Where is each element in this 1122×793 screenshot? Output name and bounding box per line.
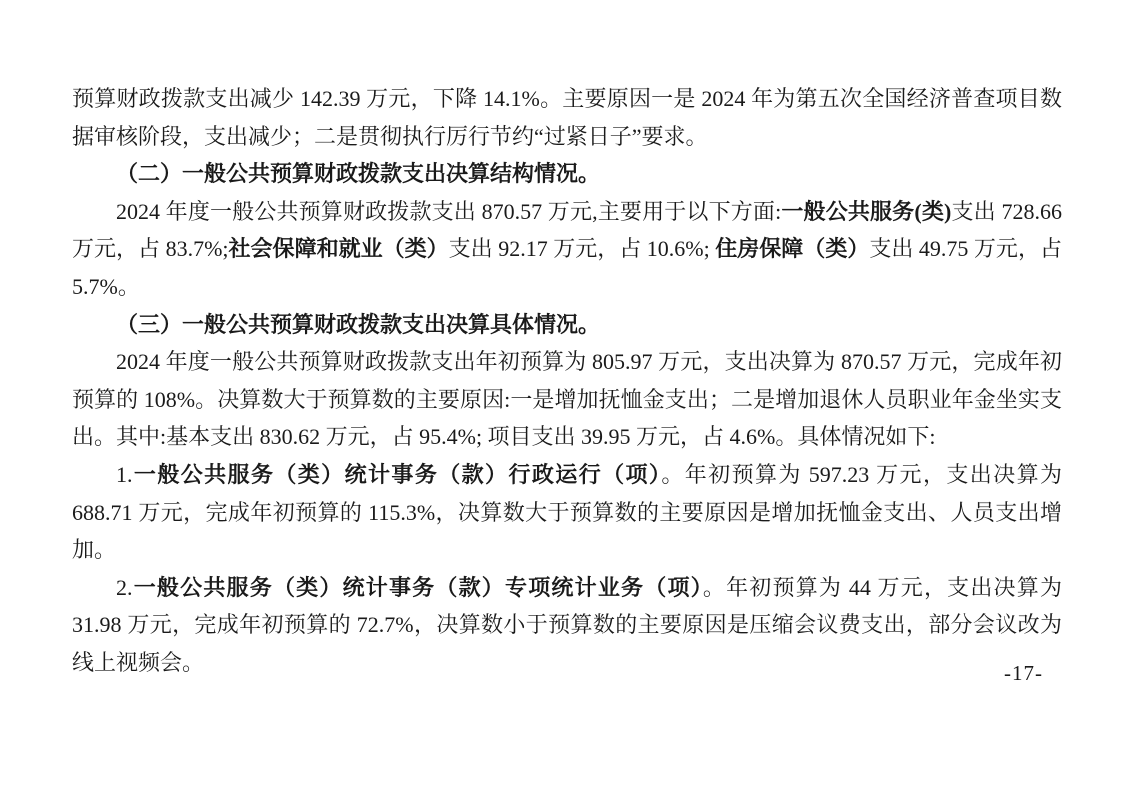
document-page: 预算财政拨款支出减少 142.39 万元，下降 14.1%。主要原因一是 202… [0,0,1122,793]
paragraph-item-1: 1.一般公共服务（类）统计事务（款）行政运行（项）。年初预算为 597.23 万… [72,456,1062,569]
section-heading-text: （二）一般公共预算财政拨款支出决算结构情况。 [116,161,600,186]
body-text: 支出 92.17 万元，占 10.6%; [449,236,716,261]
section-heading-3: （三）一般公共预算财政拨款支出决算具体情况。 [72,306,1062,344]
document-body: 预算财政拨款支出减少 142.39 万元，下降 14.1%。主要原因一是 202… [72,80,1062,682]
page-number: -17- [1004,660,1043,686]
category-name: 社会保障和就业（类） [229,236,449,261]
body-text: 预算财政拨款支出减少 142.39 万元，下降 14.1%。主要原因一是 202… [72,86,1062,149]
category-name: 住房保障（类） [715,236,869,261]
body-text: 2024 年度一般公共预算财政拨款支出 870.57 万元,主要用于以下方面: [116,199,781,224]
paragraph-detail-overview: 2024 年度一般公共预算财政拨款支出年初预算为 805.97 万元，支出决算为… [72,343,1062,456]
list-number: 1. [116,462,133,487]
section-heading-text: （三）一般公共预算财政拨款支出决算具体情况。 [116,312,600,337]
body-text: 2024 年度一般公共预算财政拨款支出年初预算为 805.97 万元，支出决算为… [72,349,1062,449]
budget-item-title: 一般公共服务（类）统计事务（款）专项统计业务（项） [133,575,703,600]
list-number: 2. [116,575,133,600]
paragraph-item-2: 2.一般公共服务（类）统计事务（款）专项统计业务（项）。年初预算为 44 万元，… [72,569,1062,682]
paragraph-structure: 2024 年度一般公共预算财政拨款支出 870.57 万元,主要用于以下方面:一… [72,193,1062,306]
budget-item-title: 一般公共服务（类）统计事务（款）行政运行（项） [133,462,662,487]
section-heading-2: （二）一般公共预算财政拨款支出决算结构情况。 [72,155,1062,193]
paragraph-continuation: 预算财政拨款支出减少 142.39 万元，下降 14.1%。主要原因一是 202… [72,80,1062,155]
category-name: 一般公共服务(类) [781,199,951,224]
